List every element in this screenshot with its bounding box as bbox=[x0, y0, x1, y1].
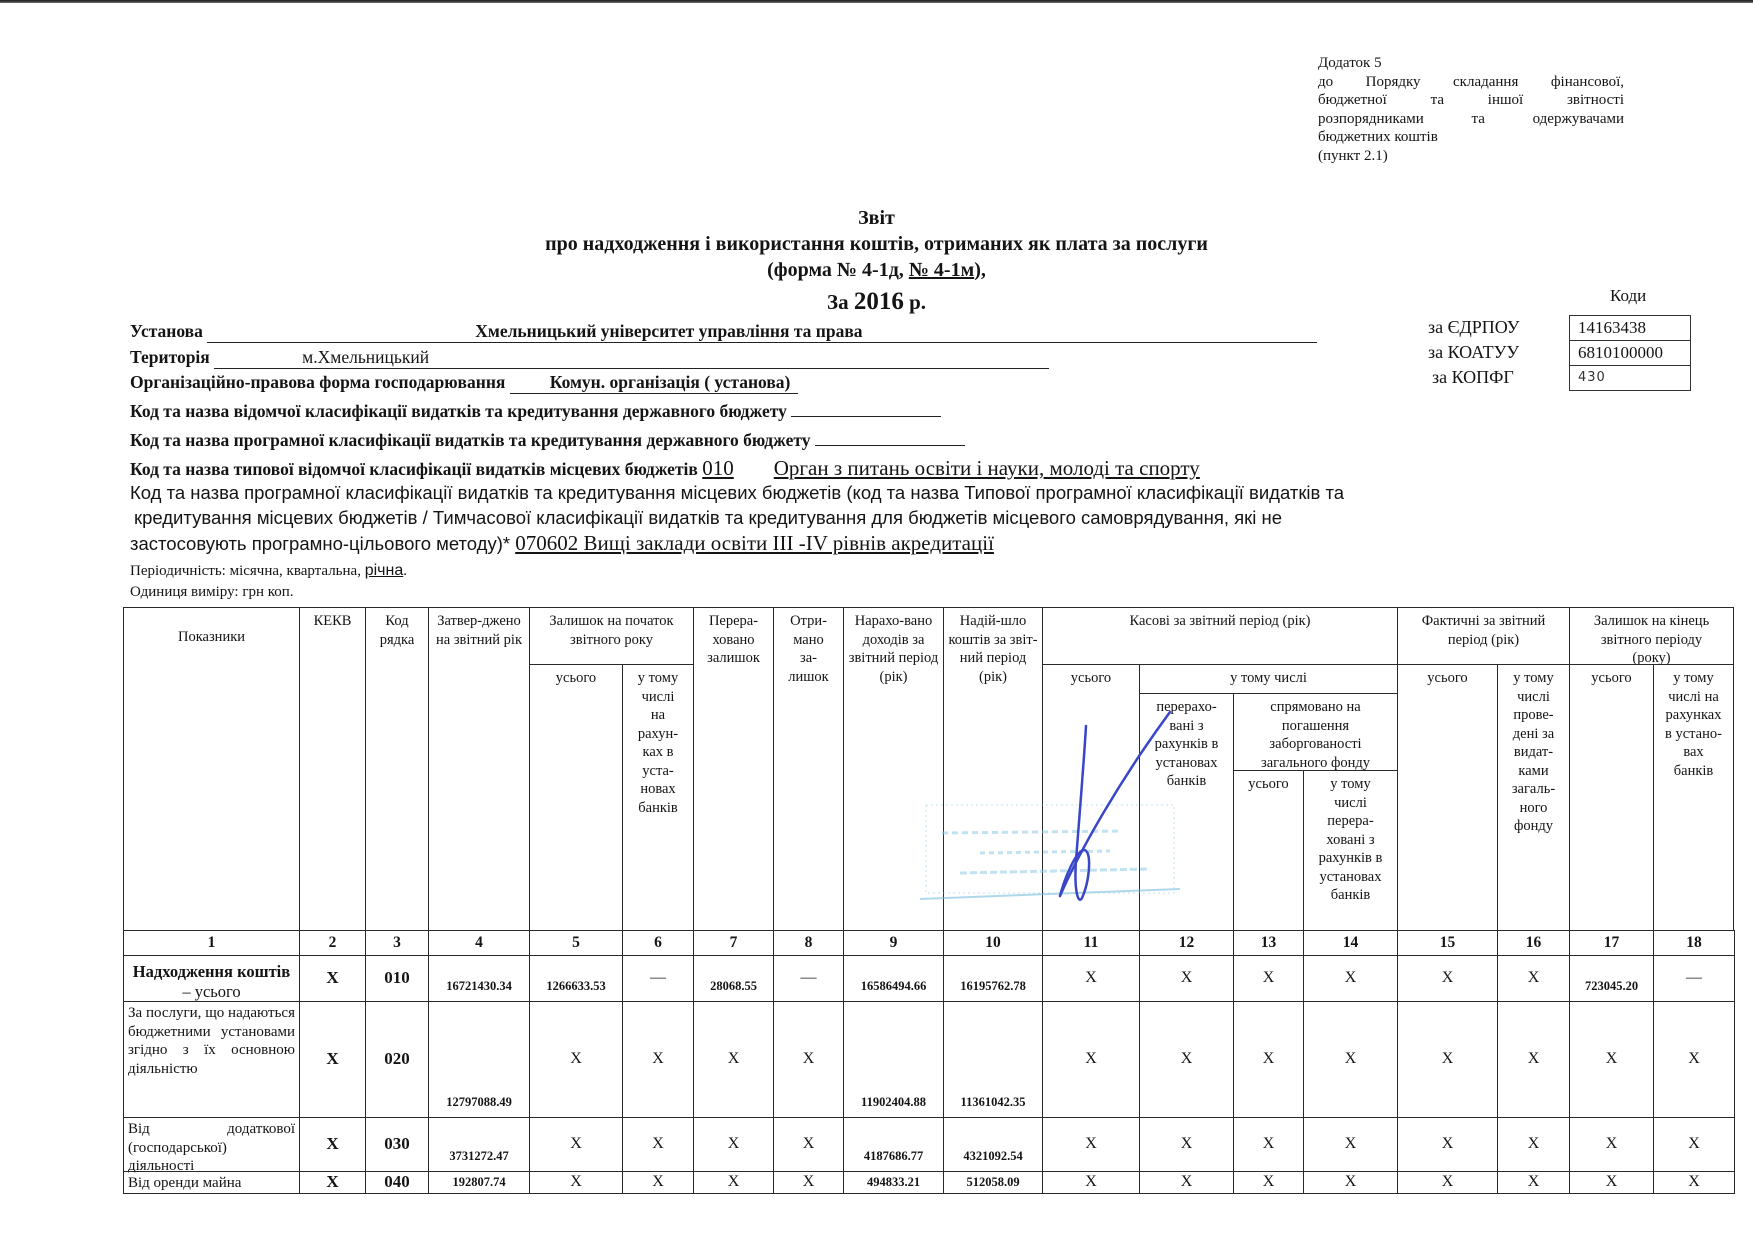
column-number: 18 bbox=[1653, 930, 1735, 956]
column-number: 9 bbox=[843, 930, 944, 956]
code-label-edrpou: за ЄДРПОУ bbox=[1428, 317, 1578, 338]
col-header-received-balance: Отри-мано за-лишок bbox=[773, 607, 844, 931]
codes-title: Коди bbox=[1610, 286, 1646, 306]
amount-cell: 1266633.53 bbox=[529, 955, 623, 1002]
col-header-cash: Касові за звітний період (рік) bbox=[1042, 607, 1398, 665]
not-applicable-cell: X bbox=[693, 1117, 774, 1172]
state-prog-classification: Код та назва програмної класифікації вид… bbox=[130, 430, 965, 451]
col-header-kekv: КЕКВ bbox=[299, 607, 366, 931]
legal-form-label: Організаційно-правова форма господарюван… bbox=[130, 372, 505, 392]
column-number: 15 bbox=[1397, 930, 1498, 956]
column-number: 10 bbox=[943, 930, 1043, 956]
code-value-koatuu: 6810100000 bbox=[1570, 340, 1690, 365]
column-number: 12 bbox=[1139, 930, 1234, 956]
not-applicable-cell: X bbox=[529, 1001, 623, 1118]
local-prog-line-2: кредитування місцевих бюджетів / Тимчасо… bbox=[134, 507, 1282, 529]
col-header-cash-debt-total: усього bbox=[1233, 770, 1304, 931]
state-prog-blank bbox=[815, 445, 965, 446]
column-number: 13 bbox=[1233, 930, 1304, 956]
report-form-numbers: (форма № 4-1д, № 4-1м), bbox=[0, 259, 1753, 282]
column-number: 14 bbox=[1303, 930, 1398, 956]
not-applicable-cell: X bbox=[1042, 1001, 1140, 1118]
legal-form-value: Комун. організація ( установа) bbox=[510, 372, 799, 394]
not-applicable-cell: X bbox=[1303, 955, 1398, 1002]
periodicity-end: . bbox=[403, 563, 407, 579]
col-header-transferred-balance: Перера-ховано залишок bbox=[693, 607, 774, 931]
report-title: Звіт bbox=[0, 207, 1753, 230]
column-number: 11 bbox=[1042, 930, 1140, 956]
local-prog-line-3: застосовують програмно-цільового методу)… bbox=[130, 531, 994, 556]
not-applicable-cell: X bbox=[1497, 955, 1570, 1002]
state-dept-classification: Код та назва відомчої класифікації видат… bbox=[130, 401, 941, 422]
not-applicable-cell: X bbox=[1303, 1117, 1398, 1172]
row-label-main: Надходження коштів bbox=[133, 962, 290, 981]
col-header-balance-start-banks: у тому числі на рахун-ках в уста-новах б… bbox=[622, 664, 694, 931]
not-applicable-cell: X bbox=[1303, 1171, 1398, 1194]
not-applicable-cell: X bbox=[529, 1171, 623, 1194]
period-prefix: За bbox=[827, 290, 854, 314]
appendix-line: (пункт 2.1) bbox=[1318, 147, 1624, 166]
appendix-line: розпорядниками та одержувачами bbox=[1318, 110, 1624, 129]
col-header-cash-total: усього bbox=[1042, 664, 1140, 931]
column-number: 7 bbox=[693, 930, 774, 956]
col-header-balance-start-total: усього bbox=[529, 664, 623, 931]
territory-label: Територія bbox=[130, 347, 210, 367]
institution-field: Установа Хмельницький університет управл… bbox=[130, 321, 1317, 343]
code-label-koatuu: за КОАТУУ bbox=[1428, 342, 1578, 363]
local-dept-code: 010 bbox=[702, 456, 734, 480]
not-applicable-cell: X bbox=[1303, 1001, 1398, 1118]
codes-box: 14163438 6810100000 430 bbox=[1569, 315, 1691, 391]
not-applicable-cell: X bbox=[773, 1117, 844, 1172]
not-applicable-cell: X bbox=[299, 955, 366, 1002]
col-header-actual-general: у тому числі прове-дені за видат-ками за… bbox=[1497, 664, 1570, 931]
report-period: За 2016 р. bbox=[0, 288, 1753, 316]
amount-cell: 16195762.78 bbox=[943, 955, 1043, 1002]
amount-cell: 16721430.34 bbox=[428, 955, 530, 1002]
form-prefix: (форма № 4-1д, bbox=[767, 259, 909, 281]
not-applicable-cell: X bbox=[1139, 1001, 1234, 1118]
not-applicable-cell: X bbox=[622, 1171, 694, 1194]
empty-dash-cell: — bbox=[773, 955, 844, 1002]
not-applicable-cell: X bbox=[1042, 955, 1140, 1002]
not-applicable-cell: X bbox=[1653, 1117, 1735, 1172]
code-value-kopfg: 430 bbox=[1570, 365, 1690, 390]
amount-cell: 16586494.66 bbox=[843, 955, 944, 1002]
local-dept-classification: Код та назва типової відомчої класифікац… bbox=[130, 456, 1200, 481]
not-applicable-cell: X bbox=[1497, 1117, 1570, 1172]
col-header-actual: Фактичні за звітний період (рік) bbox=[1397, 607, 1570, 665]
appendix-line: бюджетних коштів bbox=[1318, 128, 1624, 147]
appendix-line: до Порядку складання фінансової, bbox=[1318, 73, 1624, 92]
amount-cell: 723045.20 bbox=[1569, 955, 1654, 1002]
not-applicable-cell: X bbox=[1397, 955, 1498, 1002]
appendix-line: бюджетної та іншої звітності bbox=[1318, 91, 1624, 110]
state-prog-label: Код та назва програмної класифікації вид… bbox=[130, 430, 811, 450]
not-applicable-cell: X bbox=[773, 1171, 844, 1194]
not-applicable-cell: X bbox=[1233, 1001, 1304, 1118]
not-applicable-cell: X bbox=[773, 1001, 844, 1118]
scan-edge bbox=[0, 0, 1753, 3]
column-number: 6 bbox=[622, 930, 694, 956]
column-number: 3 bbox=[365, 930, 429, 956]
appendix-line: Додаток 5 bbox=[1318, 54, 1624, 73]
institution-value: Хмельницький університет управління та п… bbox=[207, 321, 1317, 343]
amount-cell: 512058.09 bbox=[943, 1171, 1043, 1194]
not-applicable-cell: X bbox=[299, 1001, 366, 1118]
code-cell: 010 bbox=[365, 955, 429, 1002]
col-header-balance-start: Залишок на початок звітного року bbox=[529, 607, 694, 665]
amount-cell: 494833.21 bbox=[843, 1171, 944, 1194]
column-number: 5 bbox=[529, 930, 623, 956]
code-cell: 030 bbox=[365, 1117, 429, 1172]
column-number: 4 bbox=[428, 930, 530, 956]
not-applicable-cell: X bbox=[1653, 1001, 1735, 1118]
col-header-cash-debt-banks: у тому числі перера-ховані з рахунків в … bbox=[1303, 770, 1398, 931]
local-dept-name: Орган з питань освіти і науки, молоді та… bbox=[734, 456, 1200, 480]
empty-dash-cell: — bbox=[1653, 955, 1735, 1002]
amount-cell: 11361042.35 bbox=[943, 1001, 1043, 1118]
not-applicable-cell: X bbox=[1397, 1001, 1498, 1118]
not-applicable-cell: X bbox=[693, 1171, 774, 1194]
amount-cell: 4321092.54 bbox=[943, 1117, 1043, 1172]
column-number: 17 bbox=[1569, 930, 1654, 956]
col-header-cash-including: у тому числі bbox=[1139, 664, 1398, 694]
periodicity-label: Періодичність: місячна, квартальна, bbox=[130, 563, 365, 579]
col-header-cash-transferred: перерахо-вані з рахунків в установах бан… bbox=[1139, 693, 1234, 931]
not-applicable-cell: X bbox=[1653, 1171, 1735, 1194]
institution-label: Установа bbox=[130, 321, 203, 341]
not-applicable-cell: X bbox=[622, 1117, 694, 1172]
not-applicable-cell: X bbox=[529, 1117, 623, 1172]
row-label: За послуги, що надаються бюджетними уста… bbox=[123, 1001, 300, 1118]
appendix-note: Додаток 5 до Порядку складання фінансово… bbox=[1318, 54, 1624, 165]
col-header-row-code: Код рядка bbox=[365, 607, 429, 931]
code-cell: 040 bbox=[365, 1171, 429, 1194]
not-applicable-cell: X bbox=[1397, 1117, 1498, 1172]
local-prog-line-1: Код та назва програмної класифікації вид… bbox=[130, 482, 1344, 504]
not-applicable-cell: X bbox=[1042, 1171, 1140, 1194]
col-header-received-funds: Надій-шло коштів за звіт-ний період (рік… bbox=[943, 607, 1043, 931]
not-applicable-cell: X bbox=[1497, 1171, 1570, 1194]
not-applicable-cell: X bbox=[1569, 1117, 1654, 1172]
empty-dash-cell: — bbox=[622, 955, 694, 1002]
column-number: 8 bbox=[773, 930, 844, 956]
state-dept-label: Код та назва відомчої класифікації видат… bbox=[130, 401, 787, 421]
col-header-balance-end: Залишок на кінець звітного періоду (року… bbox=[1569, 607, 1734, 665]
row-label: Від додаткової (господарської) діяльност… bbox=[123, 1117, 300, 1172]
not-applicable-cell: X bbox=[1139, 1117, 1234, 1172]
amount-cell: 28068.55 bbox=[693, 955, 774, 1002]
col-header-cash-debt: спрямовано на погашення заборгованості з… bbox=[1233, 693, 1398, 771]
amount-cell: 3731272.47 bbox=[428, 1117, 530, 1172]
not-applicable-cell: X bbox=[299, 1117, 366, 1172]
report-subtitle: про надходження і використання коштів, о… bbox=[0, 233, 1753, 256]
column-number: 1 bbox=[123, 930, 300, 956]
territory-field: Територія м.Хмельницький bbox=[130, 347, 1049, 369]
column-number: 2 bbox=[299, 930, 366, 956]
not-applicable-cell: X bbox=[1569, 1001, 1654, 1118]
unit-of-measure: Одиниця виміру: грн коп. bbox=[130, 584, 294, 601]
amount-cell: 4187686.77 bbox=[843, 1117, 944, 1172]
code-value-edrpou: 14163438 bbox=[1570, 316, 1690, 340]
periodicity: Періодичність: місячна, квартальна, річн… bbox=[130, 562, 407, 580]
not-applicable-cell: X bbox=[622, 1001, 694, 1118]
not-applicable-cell: X bbox=[1569, 1171, 1654, 1194]
not-applicable-cell: X bbox=[693, 1001, 774, 1118]
column-number: 16 bbox=[1497, 930, 1570, 956]
not-applicable-cell: X bbox=[1042, 1117, 1140, 1172]
amount-cell: 192807.74 bbox=[428, 1171, 530, 1194]
not-applicable-cell: X bbox=[1497, 1001, 1570, 1118]
code-cell: 020 bbox=[365, 1001, 429, 1118]
not-applicable-cell: X bbox=[1139, 955, 1234, 1002]
col-header-balance-end-total: усього bbox=[1569, 664, 1654, 931]
not-applicable-cell: X bbox=[1233, 955, 1304, 1002]
period-suffix: р. bbox=[904, 290, 926, 314]
amount-cell: 12797088.49 bbox=[428, 1001, 530, 1118]
not-applicable-cell: X bbox=[1397, 1171, 1498, 1194]
col-header-accrued: Нарахо-вано доходів за звітний період (р… bbox=[843, 607, 944, 931]
amount-cell: 11902404.88 bbox=[843, 1001, 944, 1118]
not-applicable-cell: X bbox=[299, 1171, 366, 1194]
legal-form-field: Організаційно-правова форма господарюван… bbox=[130, 372, 798, 394]
territory-value: м.Хмельницький bbox=[214, 347, 1049, 369]
col-header-balance-end-banks: у тому числі на рахунках в устано-вах ба… bbox=[1653, 664, 1734, 931]
col-header-indicators: Показники bbox=[123, 607, 300, 931]
not-applicable-cell: X bbox=[1233, 1117, 1304, 1172]
code-label-kopfg: за КОПФГ bbox=[1432, 367, 1582, 388]
local-prog-value: 070602 Вищі заклади освіти ІІІ -IV рівні… bbox=[515, 531, 994, 555]
row-label-sub: – усього bbox=[182, 982, 240, 1001]
periodicity-selected: річна bbox=[365, 562, 404, 579]
local-prog-label-end: застосовують програмно-цільового методу)… bbox=[130, 533, 510, 554]
col-header-approved: Затвер-дженo на звітний рік bbox=[428, 607, 530, 931]
state-dept-blank bbox=[791, 416, 941, 417]
not-applicable-cell: X bbox=[1139, 1171, 1234, 1194]
col-header-actual-total: усього bbox=[1397, 664, 1498, 931]
report-year: 2016 bbox=[854, 288, 904, 315]
not-applicable-cell: X bbox=[1233, 1171, 1304, 1194]
local-dept-label: Код та назва типової відомчої класифікац… bbox=[130, 459, 698, 479]
row-label: Від оренди майна bbox=[123, 1171, 300, 1194]
form-selected: № 4-1м bbox=[909, 259, 974, 281]
row-label: Надходження коштів – усього bbox=[123, 955, 300, 1002]
form-suffix: ), bbox=[974, 259, 986, 281]
